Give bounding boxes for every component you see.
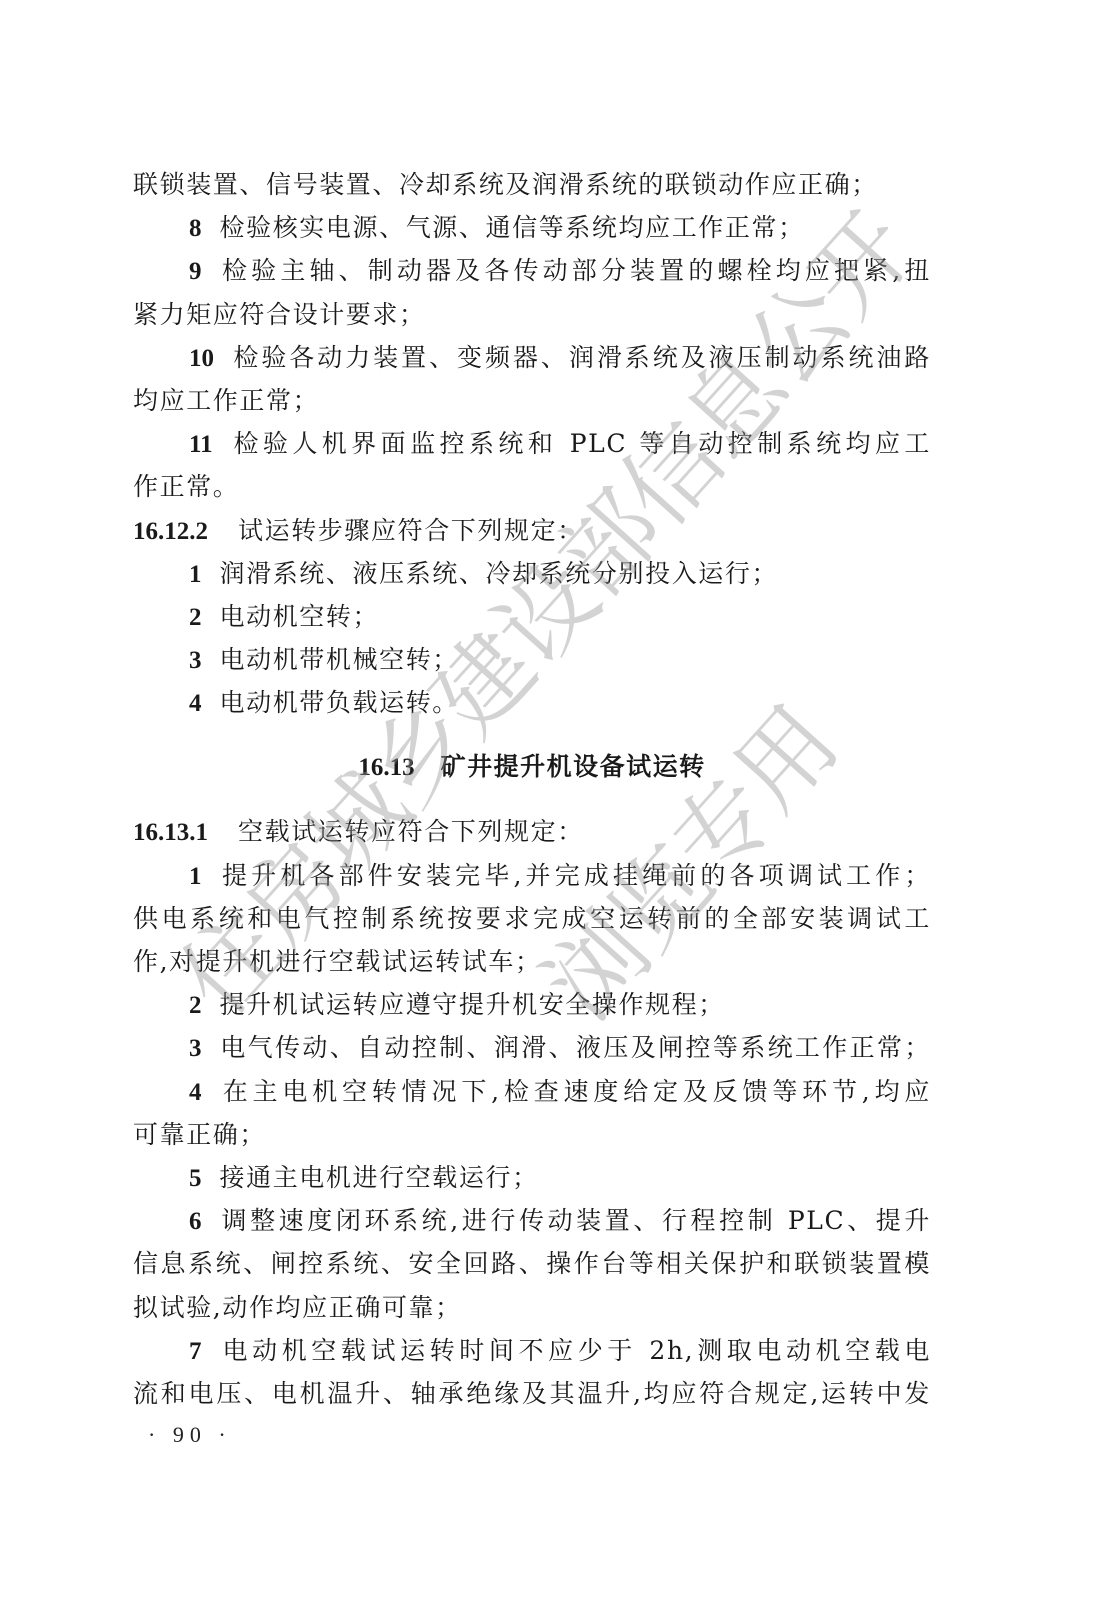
text-line: 流和电压、电机温升、轴承绝缘及其温升,均应符合规定,运转中发 [133, 1372, 931, 1415]
item-text: 电动机空载试运转时间不应少于 2h,测取电动机空载电 [220, 1336, 932, 1365]
item-text: 检验核实电源、气源、通信等系统均应工作正常； [220, 213, 805, 242]
list-item: 10检验各动力装置、变频器、润滑系统及液压制动系统油路 [133, 336, 931, 379]
item-text: 检验人机界面监控系统和 PLC 等自动控制系统均应工 [231, 429, 931, 458]
item-number: 7 [189, 1330, 202, 1373]
text-line: 联锁装置、信号装置、冷却系统及润滑系统的联锁动作应正确； [133, 163, 931, 206]
list-item: 8检验核实电源、气源、通信等系统均应工作正常； [133, 206, 931, 249]
item-text: 提升机试运转应遵守提升机安全操作规程； [220, 990, 725, 1019]
list-item: 9检验主轴、制动器及各传动部分装置的螺栓均应把紧,扭 [133, 249, 931, 292]
list-item: 5接通主电机进行空载运行； [133, 1156, 931, 1199]
list-item: 6调整速度闭环系统,进行传动装置、行程控制 PLC、提升 [133, 1199, 931, 1242]
item-number: 1 [189, 855, 202, 898]
item-text: 提升机各部件安装完毕,并完成挂绳前的各项调试工作； [220, 861, 932, 890]
item-number: 9 [189, 250, 202, 293]
list-item: 1提升机各部件安装完毕,并完成挂绳前的各项调试工作； [133, 854, 931, 897]
text-line: 拟试验,动作均应正确可靠； [133, 1286, 931, 1329]
item-text: 电动机带机械空转； [220, 645, 459, 674]
clause-text: 空载试运转应符合下列规定： [238, 817, 584, 846]
item-text: 电动机带负载运转。 [220, 688, 459, 717]
item-text: 在主电机空转情况下,检查速度给定及反馈等环节,均应 [220, 1077, 932, 1106]
text-line: 均应工作正常； [133, 379, 931, 422]
text-line: 作正常。 [133, 465, 931, 508]
section-heading: 16.13矿井提升机设备试运转 [133, 724, 931, 810]
item-text: 电动机空转； [220, 602, 380, 631]
item-text: 润滑系统、液压系统、冷却系统分别投入运行； [220, 559, 779, 588]
list-item: 4在主电机空转情况下,检查速度给定及反馈等环节,均应 [133, 1070, 931, 1113]
clause-16-12-2: 16.12.2试运转步骤应符合下列规定： [133, 509, 931, 552]
item-text: 调整速度闭环系统,进行传动装置、行程控制 PLC、提升 [220, 1206, 932, 1235]
section-number: 16.13 [358, 754, 414, 781]
text-line: 作,对提升机进行空载试运转试车； [133, 940, 931, 983]
item-number: 3 [189, 1027, 202, 1070]
item-number: 11 [189, 423, 213, 466]
text-line: 紧力矩应符合设计要求； [133, 293, 931, 336]
clause-number: 16.12.2 [133, 510, 208, 553]
item-number: 8 [189, 207, 202, 250]
item-number: 5 [189, 1157, 202, 1200]
list-item: 4电动机带负载运转。 [133, 681, 931, 724]
item-text: 检验各动力装置、变频器、润滑系统及液压制动系统油路 [232, 343, 931, 372]
clause-text: 试运转步骤应符合下列规定： [238, 516, 584, 545]
text-line: 信息系统、闸控系统、安全回路、操作台等相关保护和联锁装置模 [133, 1242, 931, 1285]
clause-16-13-1: 16.13.1空载试运转应符合下列规定： [133, 810, 931, 853]
page-number: · 90 · [148, 1422, 232, 1448]
item-text: 接通主电机进行空载运行； [220, 1163, 539, 1192]
item-text: 检验主轴、制动器及各传动部分装置的螺栓均应把紧,扭 [220, 256, 932, 285]
item-text: 电气传动、自动控制、润滑、液压及闸控等系统工作正常； [220, 1033, 932, 1062]
clause-number: 16.13.1 [133, 811, 208, 854]
item-number: 4 [189, 1071, 202, 1114]
list-item: 2电动机空转； [133, 595, 931, 638]
section-title: 矿井提升机设备试运转 [441, 752, 706, 781]
text-line: 供电系统和电气控制系统按要求完成空运转前的全部安装调试工 [133, 897, 931, 940]
item-number: 4 [189, 682, 202, 725]
item-number: 2 [189, 596, 202, 639]
list-item: 2提升机试运转应遵守提升机安全操作规程； [133, 983, 931, 1026]
text-line: 可靠正确； [133, 1113, 931, 1156]
item-number: 6 [189, 1200, 202, 1243]
list-item: 11检验人机界面监控系统和 PLC 等自动控制系统均应工 [133, 422, 931, 465]
list-item: 3电气传动、自动控制、润滑、液压及闸控等系统工作正常； [133, 1026, 931, 1069]
list-item: 7电动机空载试运转时间不应少于 2h,测取电动机空载电 [133, 1329, 931, 1372]
list-item: 3电动机带机械空转； [133, 638, 931, 681]
item-number: 1 [189, 553, 202, 596]
item-number: 3 [189, 639, 202, 682]
document-page: 联锁装置、信号装置、冷却系统及润滑系统的联锁动作应正确； 8检验核实电源、气源、… [133, 163, 931, 1415]
list-item: 1润滑系统、液压系统、冷却系统分别投入运行； [133, 552, 931, 595]
item-number: 2 [189, 984, 202, 1027]
item-number: 10 [189, 337, 214, 380]
